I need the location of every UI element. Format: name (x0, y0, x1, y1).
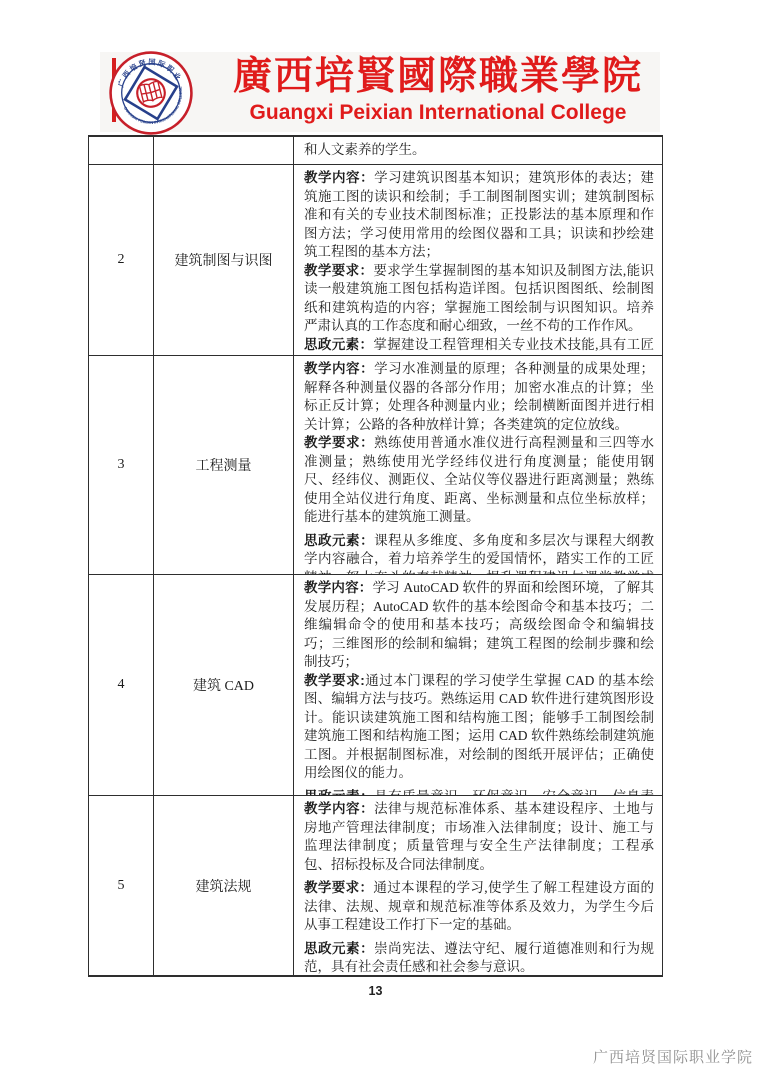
paragraph-label: 教学要求： (304, 880, 373, 895)
paragraph-label: 思政元素： (304, 789, 374, 796)
paragraph-label: 教学内容： (304, 361, 374, 376)
college-header: 广西培贤国际职业学院 GUANGXI PEIXIAN INTERNATIONAL… (100, 52, 660, 132)
course-paragraph: 教学要求：熟练使用普通水准仪进行高程测量和三四等水准测量；熟练使用光学经纬仪进行… (304, 434, 654, 527)
course-paragraph: 教学内容：学习水准测量的原理；各种测量的成果处理；解释各种测量仪器的各部分作用；… (304, 360, 654, 434)
paragraph-label: 教学内容： (304, 580, 372, 595)
paragraph-label: 教学内容： (304, 801, 374, 816)
table-row-carryover: 和人文素养的学生。 (89, 137, 662, 164)
paragraph-label: 思政元素： (304, 941, 374, 956)
course-paragraph: 教学内容：法律与规范标准体系、基本建设程序、土地与房地产管理法律制度；市场准入法… (304, 800, 654, 874)
course-detail-cell: 教学内容：学习水准测量的原理；各种测量的成果处理；解释各种测量仪器的各部分作用；… (293, 356, 662, 574)
course-paragraph: 教学内容：学习 AutoCAD 软件的界面和绘图环境，了解其发展历程；AutoC… (304, 579, 654, 672)
course-paragraph: 教学要求:通过本门课程的学习使学生掌握 CAD 的基本绘图、编辑方法与技巧。熟练… (304, 672, 654, 783)
table-row: 4 建筑 CAD 教学内容：学习 AutoCAD 软件的界面和绘图环境，了解其发… (89, 574, 662, 795)
row-number-cell: 5 (89, 796, 153, 975)
course-name-cell (153, 137, 293, 164)
course-detail-cell: 和人文素养的学生。 (293, 137, 662, 164)
paragraph-label: 思政元素： (304, 533, 374, 548)
row-number-cell: 3 (89, 356, 153, 574)
course-paragraph: 思政元素：崇尚宪法、遵法守纪、履行道德准则和行为规范，具有社会责任感和社会参与意… (304, 940, 654, 976)
course-name-cell: 建筑制图与识图 (153, 165, 293, 355)
course-paragraph: 思政元素：课程从多维度、多角度和多层次与课程大纲教学内容融合，着力培养学生的爱国… (304, 532, 654, 575)
paragraph-label: 教学要求： (304, 435, 374, 450)
course-name-cell: 工程测量 (153, 356, 293, 574)
row-number-cell (89, 137, 153, 164)
table-row: 2 建筑制图与识图 教学内容：学习建筑识图基本知识；建筑形体的表达；建筑施工图的… (89, 164, 662, 355)
table-row: 5 建筑法规 教学内容：法律与规范标准体系、基本建设程序、土地与房地产管理法律制… (89, 795, 662, 975)
course-paragraph: 教学要求：通过本课程的学习,使学生了解工程建设方面的法律、法规、规章和规范标准等… (304, 879, 654, 935)
paragraph-label: 思政元素： (304, 337, 373, 352)
course-paragraph: 教学要求：要求学生掌握制图的基本知识及制图方法,能识读一般建筑施工图包括构造详图… (304, 262, 654, 336)
page-number: 13 (88, 984, 663, 998)
course-detail-cell: 教学内容：学习建筑识图基本知识；建筑形体的表达；建筑施工图的读识和绘制；手工制图… (293, 165, 662, 355)
header-titles: 廣西培賢國際職業學院 Guangxi Peixian International… (218, 54, 658, 125)
document-page: 广西培贤国际职业学院 GUANGXI PEIXIAN INTERNATIONAL… (0, 0, 764, 1080)
row-number-cell: 4 (89, 575, 153, 795)
course-detail-cell: 教学内容：法律与规范标准体系、基本建设程序、土地与房地产管理法律制度；市场准入法… (293, 796, 662, 975)
course-paragraph: 思政元素：掌握建设工程管理相关专业技术技能,具有工匠精神、创新思维。 (304, 336, 654, 356)
course-paragraph: 教学内容：学习建筑识图基本知识；建筑形体的表达；建筑施工图的读识和绘制；手工制图… (304, 169, 654, 262)
course-name-cell: 建筑法规 (153, 796, 293, 975)
paragraph-label: 教学要求： (304, 263, 373, 278)
college-seal-icon: 广西培贤国际职业学院 GUANGXI PEIXIAN INTERNATIONAL… (99, 41, 203, 145)
watermark-text: 广西培贤国际职业学院 (593, 1046, 753, 1067)
paragraph-label: 教学内容： (304, 170, 374, 185)
table-row: 3 工程测量 教学内容：学习水准测量的原理；各种测量的成果处理；解释各种测量仪器… (89, 355, 662, 574)
course-name-cell: 建筑 CAD (153, 575, 293, 795)
curriculum-table: 和人文素养的学生。 2 建筑制图与识图 教学内容：学习建筑识图基本知识；建筑形体… (88, 135, 663, 977)
row-number-cell: 2 (89, 165, 153, 355)
paragraph-text: 通过本门课程的学习使学生掌握 CAD 的基本绘图、编辑方法与技巧。熟练运用 CA… (304, 673, 654, 781)
course-paragraph: 思政元素：具有质量意识、环保意识、安全意识、信息素养、工匠精神、创新思维。 (304, 788, 654, 796)
college-name-zh: 廣西培賢國際職業學院 (218, 54, 658, 100)
course-detail-cell: 教学内容：学习 AutoCAD 软件的界面和绘图环境，了解其发展历程；AutoC… (293, 575, 662, 795)
paragraph-label: 教学要求: (304, 673, 365, 688)
college-name-en: Guangxi Peixian International College (218, 100, 658, 125)
